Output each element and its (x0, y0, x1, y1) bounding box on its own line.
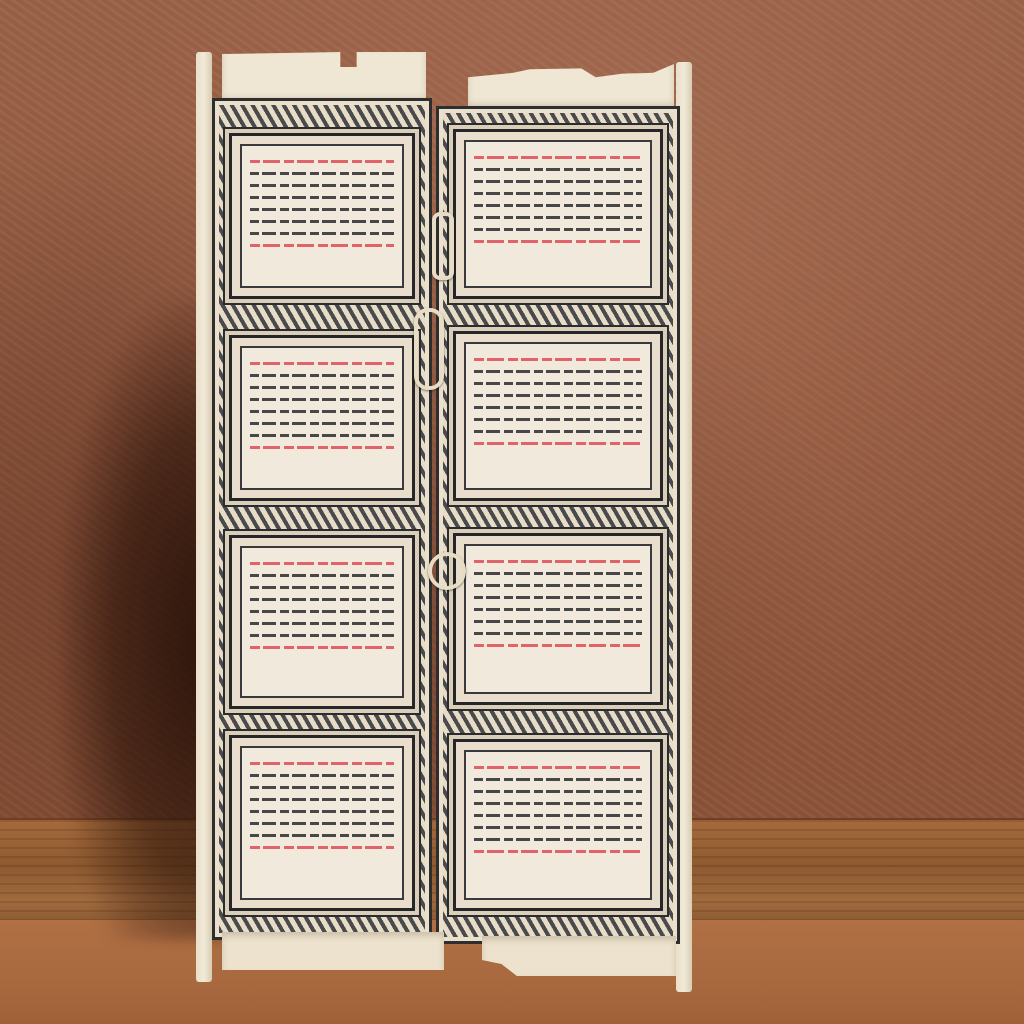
script-panel (229, 735, 415, 911)
chain-link-latch[interactable] (432, 212, 454, 280)
left-frame-post (196, 52, 212, 982)
script-panel (229, 535, 415, 709)
top-plank-right (468, 64, 674, 108)
bottom-plank-right (482, 936, 676, 976)
script-panel (453, 739, 663, 911)
script-panel (229, 335, 415, 501)
bottom-plank-left (222, 932, 444, 970)
ring-handle[interactable] (428, 552, 466, 590)
script-panel (453, 129, 663, 299)
hasp-loop-latch[interactable] (414, 308, 444, 390)
right-door-leaf (436, 106, 680, 944)
script-panel (453, 533, 663, 705)
left-door-leaf (212, 98, 432, 940)
top-plank-left (222, 52, 426, 102)
script-panel (453, 331, 663, 501)
script-panel (229, 133, 415, 299)
double-door (196, 52, 692, 992)
